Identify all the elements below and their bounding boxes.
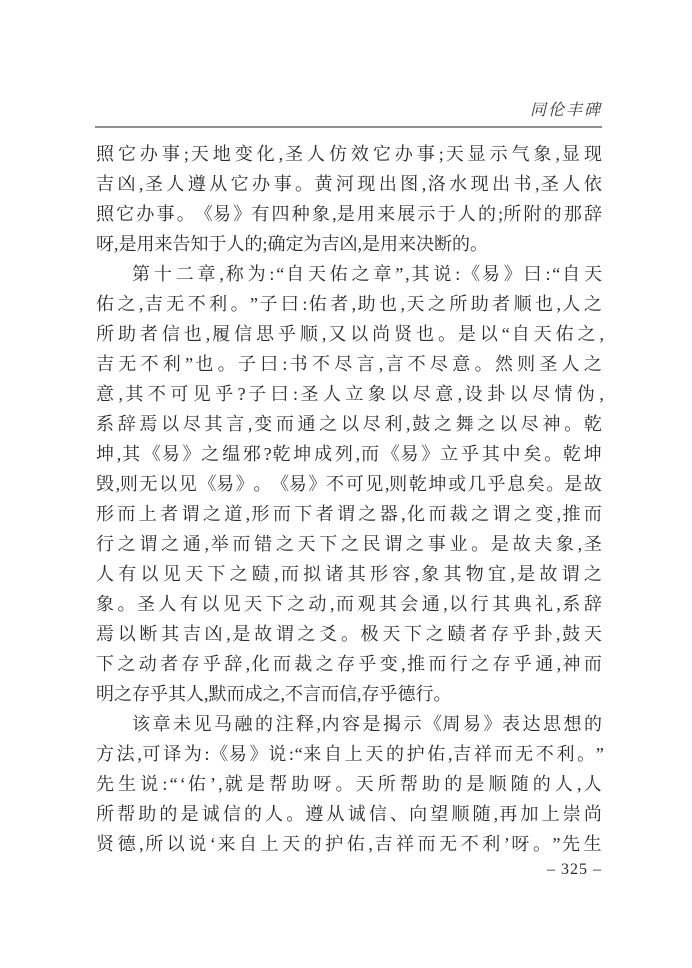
header-title: 同伦丰碑 [530,100,602,119]
text-line: 呀,是用来告知于人的;确定为吉凶,是用来决断的。 [96,229,602,259]
text-line: 佑之,吉无不利。”子曰:佑者,助也,天之所助者顺也,人之 [96,289,602,319]
text-line: 所帮助的是诚信的人。遵从诚信、向望顺随,再加上崇尚 [96,799,602,829]
text-line: 毁,则无以见《易》。《易》不可见,则乾坤或几乎息矣。是故 [96,469,602,499]
text-line: 照它办事;天地变化,圣人仿效它办事;天显示气象,显现 [96,139,602,169]
text-line: 意,其不可见乎?子曰:圣人立象以尽意,设卦以尽情伪, [96,379,602,409]
text-line: 形而上者谓之道,形而下者谓之器,化而裁之谓之变,推而 [96,499,602,529]
header-rule [95,126,602,128]
page-number: – 325 – [547,861,602,878]
text-line: 吉无不利”也。子曰:书不尽言,言不尽意。然则圣人之 [96,349,602,379]
text-line: 象。圣人有以见天下之动,而观其会通,以行其典礼,系辞 [96,589,602,619]
text-line: 所助者信也,履信思乎顺,又以尚贤也。是以“自天佑之, [96,319,602,349]
book-page: 同伦丰碑 照它办事;天地变化,圣人仿效它办事;天显示气象,显现吉凶,圣人遵从它办… [0,0,692,968]
text-line: 人有以见天下之赜,而拟诸其形容,象其物宜,是故谓之 [96,559,602,589]
text-line: 系辞焉以尽其言,变而通之以尽利,鼓之舞之以尽神。乾 [96,409,602,439]
text-line: 第十二章,称为:“自天佑之章”,其说:《易》曰:“自天 [96,259,602,289]
body-text: 照它办事;天地变化,圣人仿效它办事;天显示气象,显现吉凶,圣人遵从它办事。黄河现… [96,139,602,859]
text-line: 贤德,所以说‘来自上天的护佑,吉祥而无不利’呀。”先生 [96,829,602,859]
text-line: 照它办事。《易》有四种象,是用来展示于人的;所附的那辞 [96,199,602,229]
text-line: 该章未见马融的注释,内容是揭示《周易》表达思想的 [96,709,602,739]
text-line: 下之动者存乎辞,化而裁之存乎变,推而行之存乎通,神而 [96,649,602,679]
text-line: 焉以断其吉凶,是故谓之爻。极天下之赜者存乎卦,鼓天 [96,619,602,649]
text-line: 方法,可译为:《易》说:“来自上天的护佑,吉祥而无不利。” [96,739,602,769]
page-footer: – 325 – [96,861,602,879]
text-line: 吉凶,圣人遵从它办事。黄河现出图,洛水现出书,圣人依 [96,169,602,199]
page-header: 同伦丰碑 [96,97,602,120]
text-line: 明之存乎其人,默而成之,不言而信,存乎德行。 [96,679,602,709]
text-line: 先生说:“‘佑’,就是帮助呀。天所帮助的是顺随的人,人 [96,769,602,799]
text-line: 行之谓之通,举而错之天下之民谓之事业。是故夫象,圣 [96,529,602,559]
text-line: 坤,其《易》之缊邪?乾坤成列,而《易》立乎其中矣。乾坤 [96,439,602,469]
